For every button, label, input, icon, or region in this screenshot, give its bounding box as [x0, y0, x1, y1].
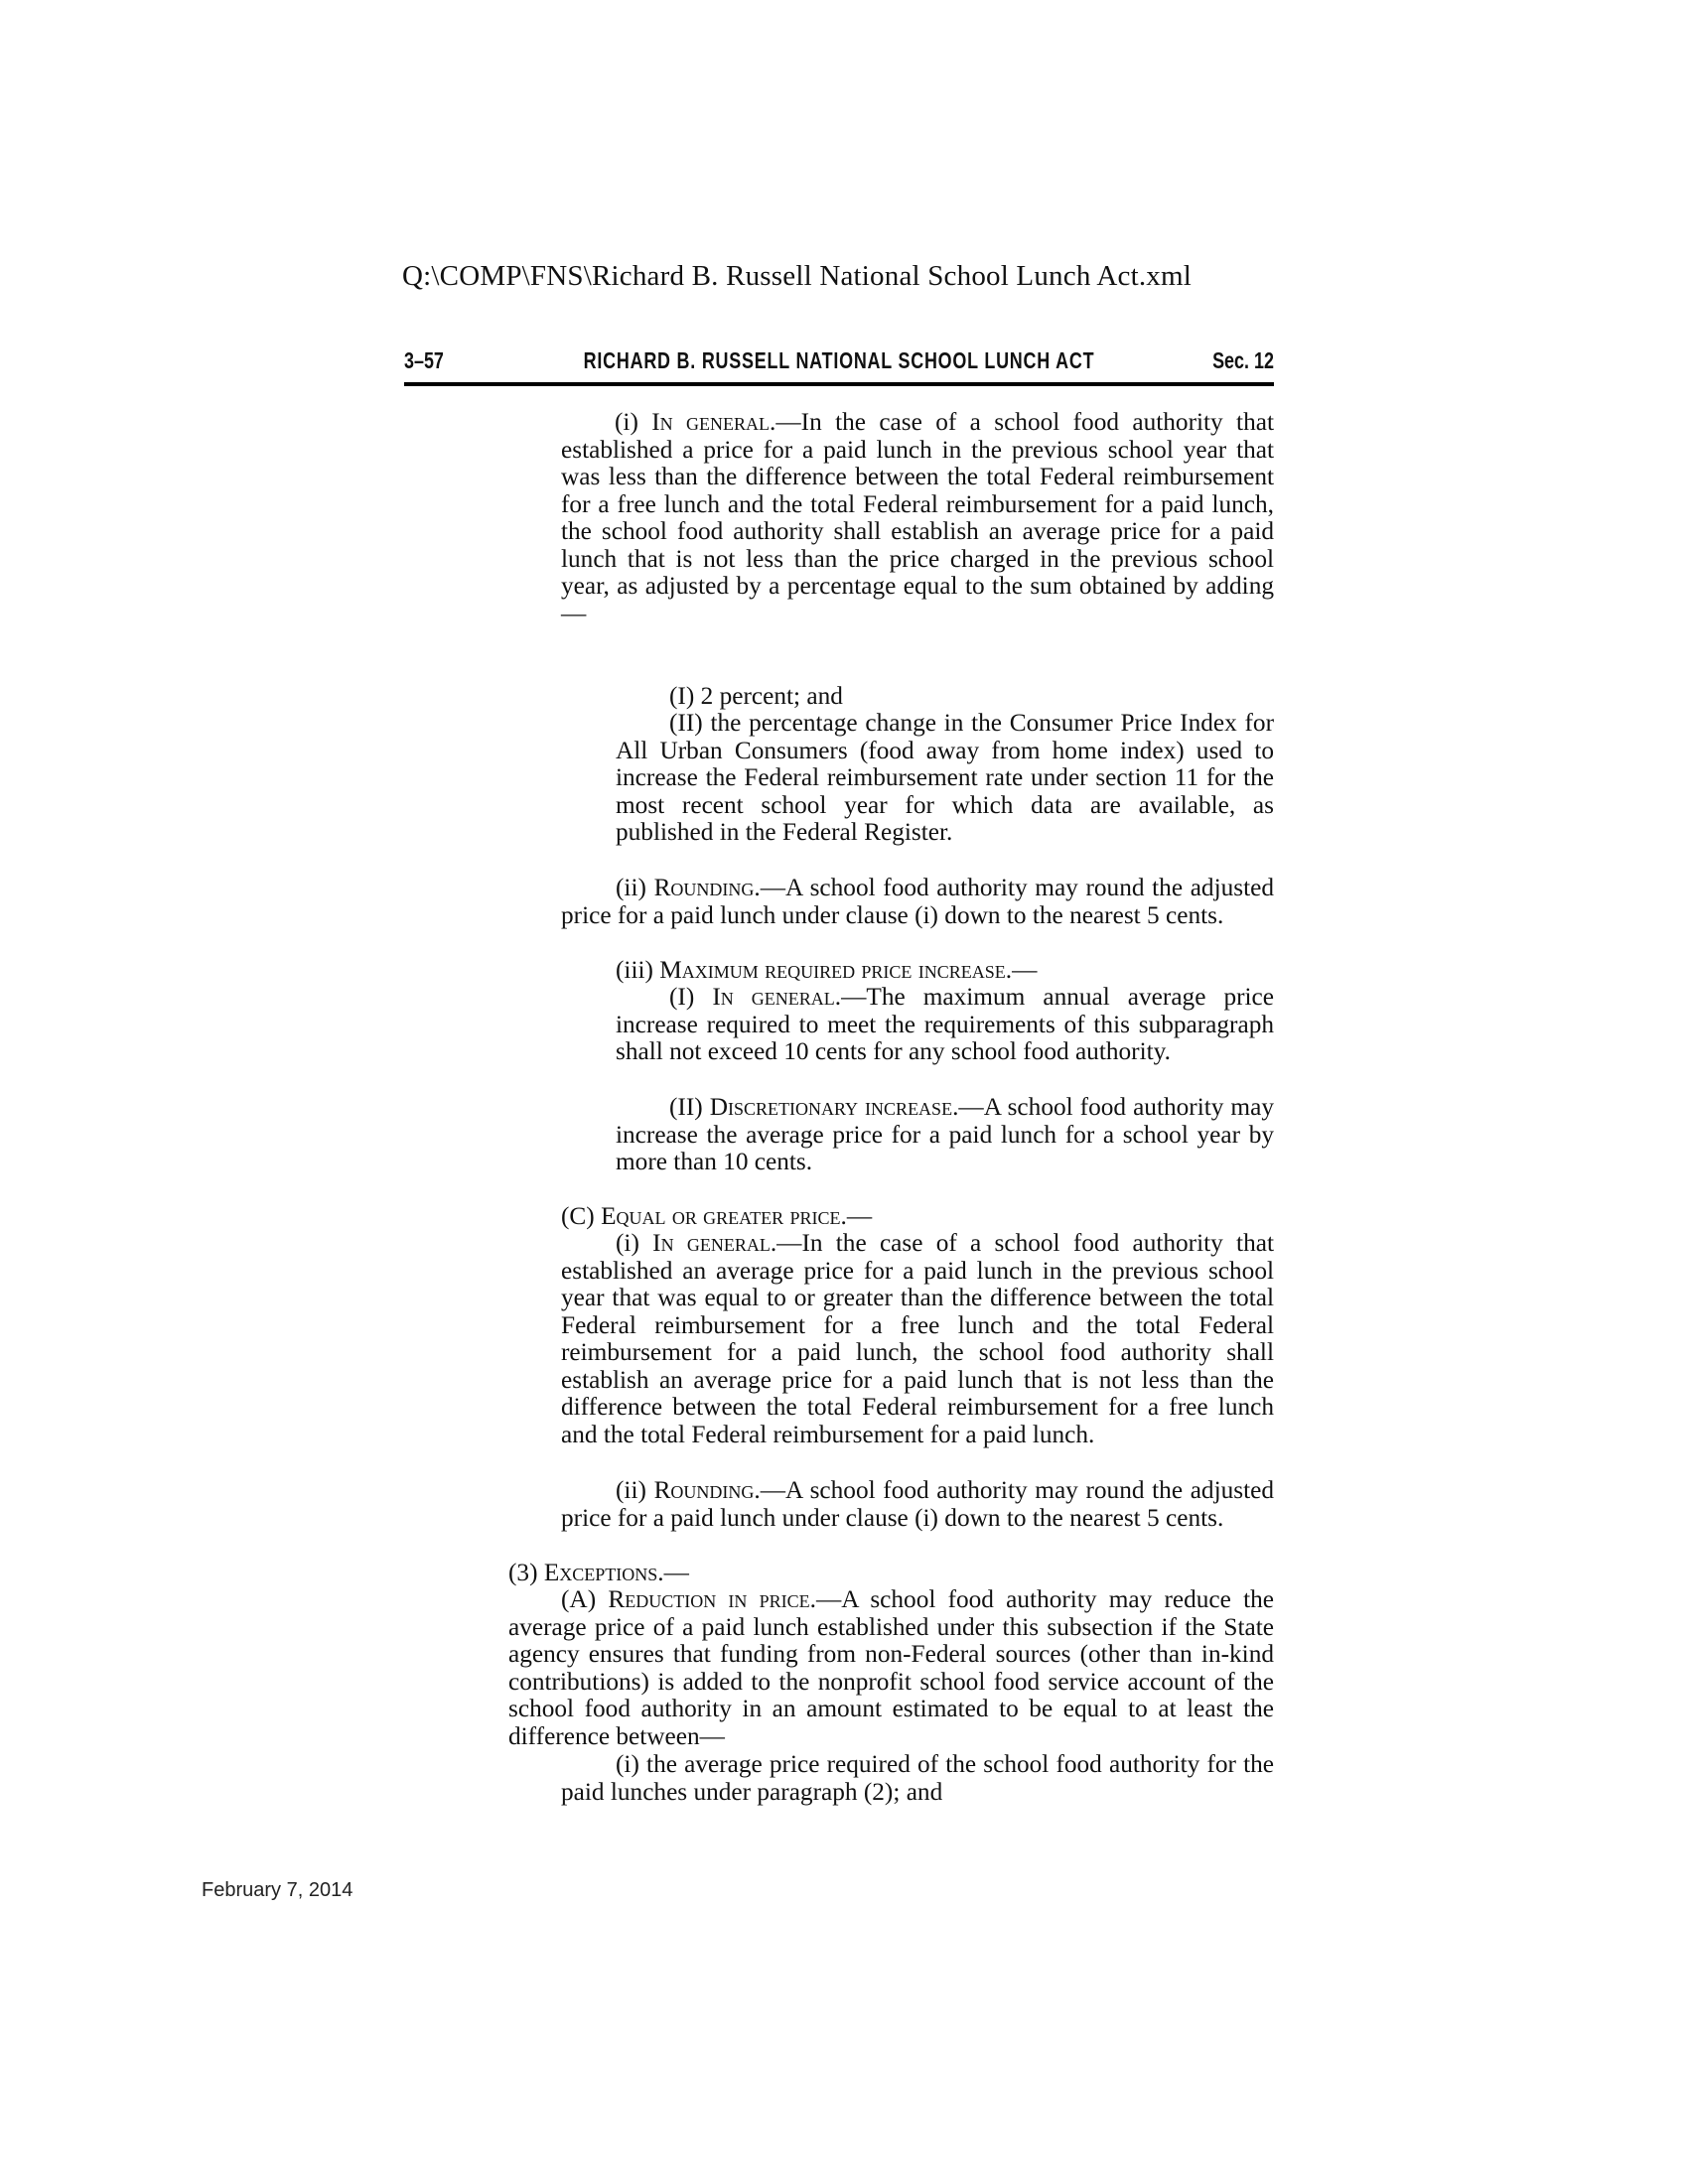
- clause-heading: Rounding.: [654, 1476, 761, 1504]
- subclause-heading: Discretionary increase.: [710, 1093, 959, 1121]
- clause-label: (i): [615, 408, 638, 436]
- subclause-b-iii-I: (I) In general.—The maximum annual avera…: [616, 984, 1274, 1066]
- clause-label: (i): [616, 1750, 639, 1778]
- section-number: Sec. 12: [1212, 347, 1274, 374]
- subparagraph-text: —: [847, 1202, 872, 1230]
- subparagraph-label: (A): [561, 1585, 596, 1613]
- running-head-title: RICHARD B. RUSSELL NATIONAL SCHOOL LUNCH…: [404, 347, 1274, 374]
- clause-label: (ii): [616, 874, 646, 901]
- clause-b-i: (i) In general.—In the case of a school …: [561, 409, 1274, 627]
- header-rule: [404, 382, 1274, 386]
- subclause-b-i-II: (II) the percentage change in the Consum…: [616, 710, 1274, 847]
- subclause-text: 2 percent; and: [701, 682, 843, 710]
- paragraph-text: —: [664, 1559, 689, 1586]
- subparagraph-heading: Equal or greater price.: [601, 1202, 847, 1230]
- subparagraph-label: (C): [561, 1202, 595, 1230]
- subparagraph-heading: Reduction in price.: [608, 1585, 816, 1613]
- subclause-label: (II): [669, 709, 703, 737]
- subparagraph-c: (C) Equal or greater price.—: [561, 1203, 1274, 1231]
- clause-b-ii: (ii) Rounding.—A school food authority m…: [561, 875, 1274, 929]
- subclause-b-i-I: (I) 2 percent; and: [616, 683, 1274, 711]
- subclause-text: the percentage change in the Consumer Pr…: [616, 709, 1274, 846]
- subparagraph-3-a: (A) Reduction in price.—A school food au…: [508, 1586, 1274, 1750]
- clause-3-a-i: (i) the average price required of the sc…: [561, 1751, 1274, 1806]
- clause-text: —In the case of a school food authority …: [561, 1229, 1274, 1448]
- clause-heading: Maximum required price increase.: [659, 956, 1012, 984]
- clause-heading: In general.: [651, 408, 775, 436]
- clause-label: (iii): [616, 956, 653, 984]
- subclause-label: (I): [669, 983, 694, 1011]
- clause-heading: Rounding.: [654, 874, 761, 901]
- footer-date: February 7, 2014: [202, 1879, 352, 1902]
- clause-heading: In general.: [652, 1229, 776, 1257]
- clause-c-ii: (ii) Rounding.—A school food authority m…: [561, 1477, 1274, 1532]
- clause-label: (i): [616, 1229, 639, 1257]
- clause-text: the average price required of the school…: [561, 1750, 1274, 1806]
- paragraph-label: (3): [508, 1559, 538, 1586]
- subclause-b-iii-II: (II) Discretionary increase.—A school fo…: [616, 1094, 1274, 1176]
- paragraph-3: (3) Exceptions.—: [508, 1560, 1274, 1587]
- clause-text: —In the case of a school food authority …: [561, 408, 1274, 627]
- clause-label: (ii): [616, 1476, 646, 1504]
- subclause-heading: In general.: [712, 983, 841, 1011]
- running-head: 3–57 RICHARD B. RUSSELL NATIONAL SCHOOL …: [404, 347, 1082, 377]
- clause-text: —: [1012, 956, 1037, 984]
- subclause-label: (II): [669, 1093, 703, 1121]
- clause-c-i: (i) In general.—In the case of a school …: [561, 1230, 1274, 1448]
- subclause-label: (I): [669, 682, 694, 710]
- file-path: Q:\COMP\FNS\Richard B. Russell National …: [402, 260, 1276, 293]
- paragraph-heading: Exceptions.: [544, 1559, 664, 1586]
- clause-b-iii: (iii) Maximum required price increase.—: [616, 957, 1274, 985]
